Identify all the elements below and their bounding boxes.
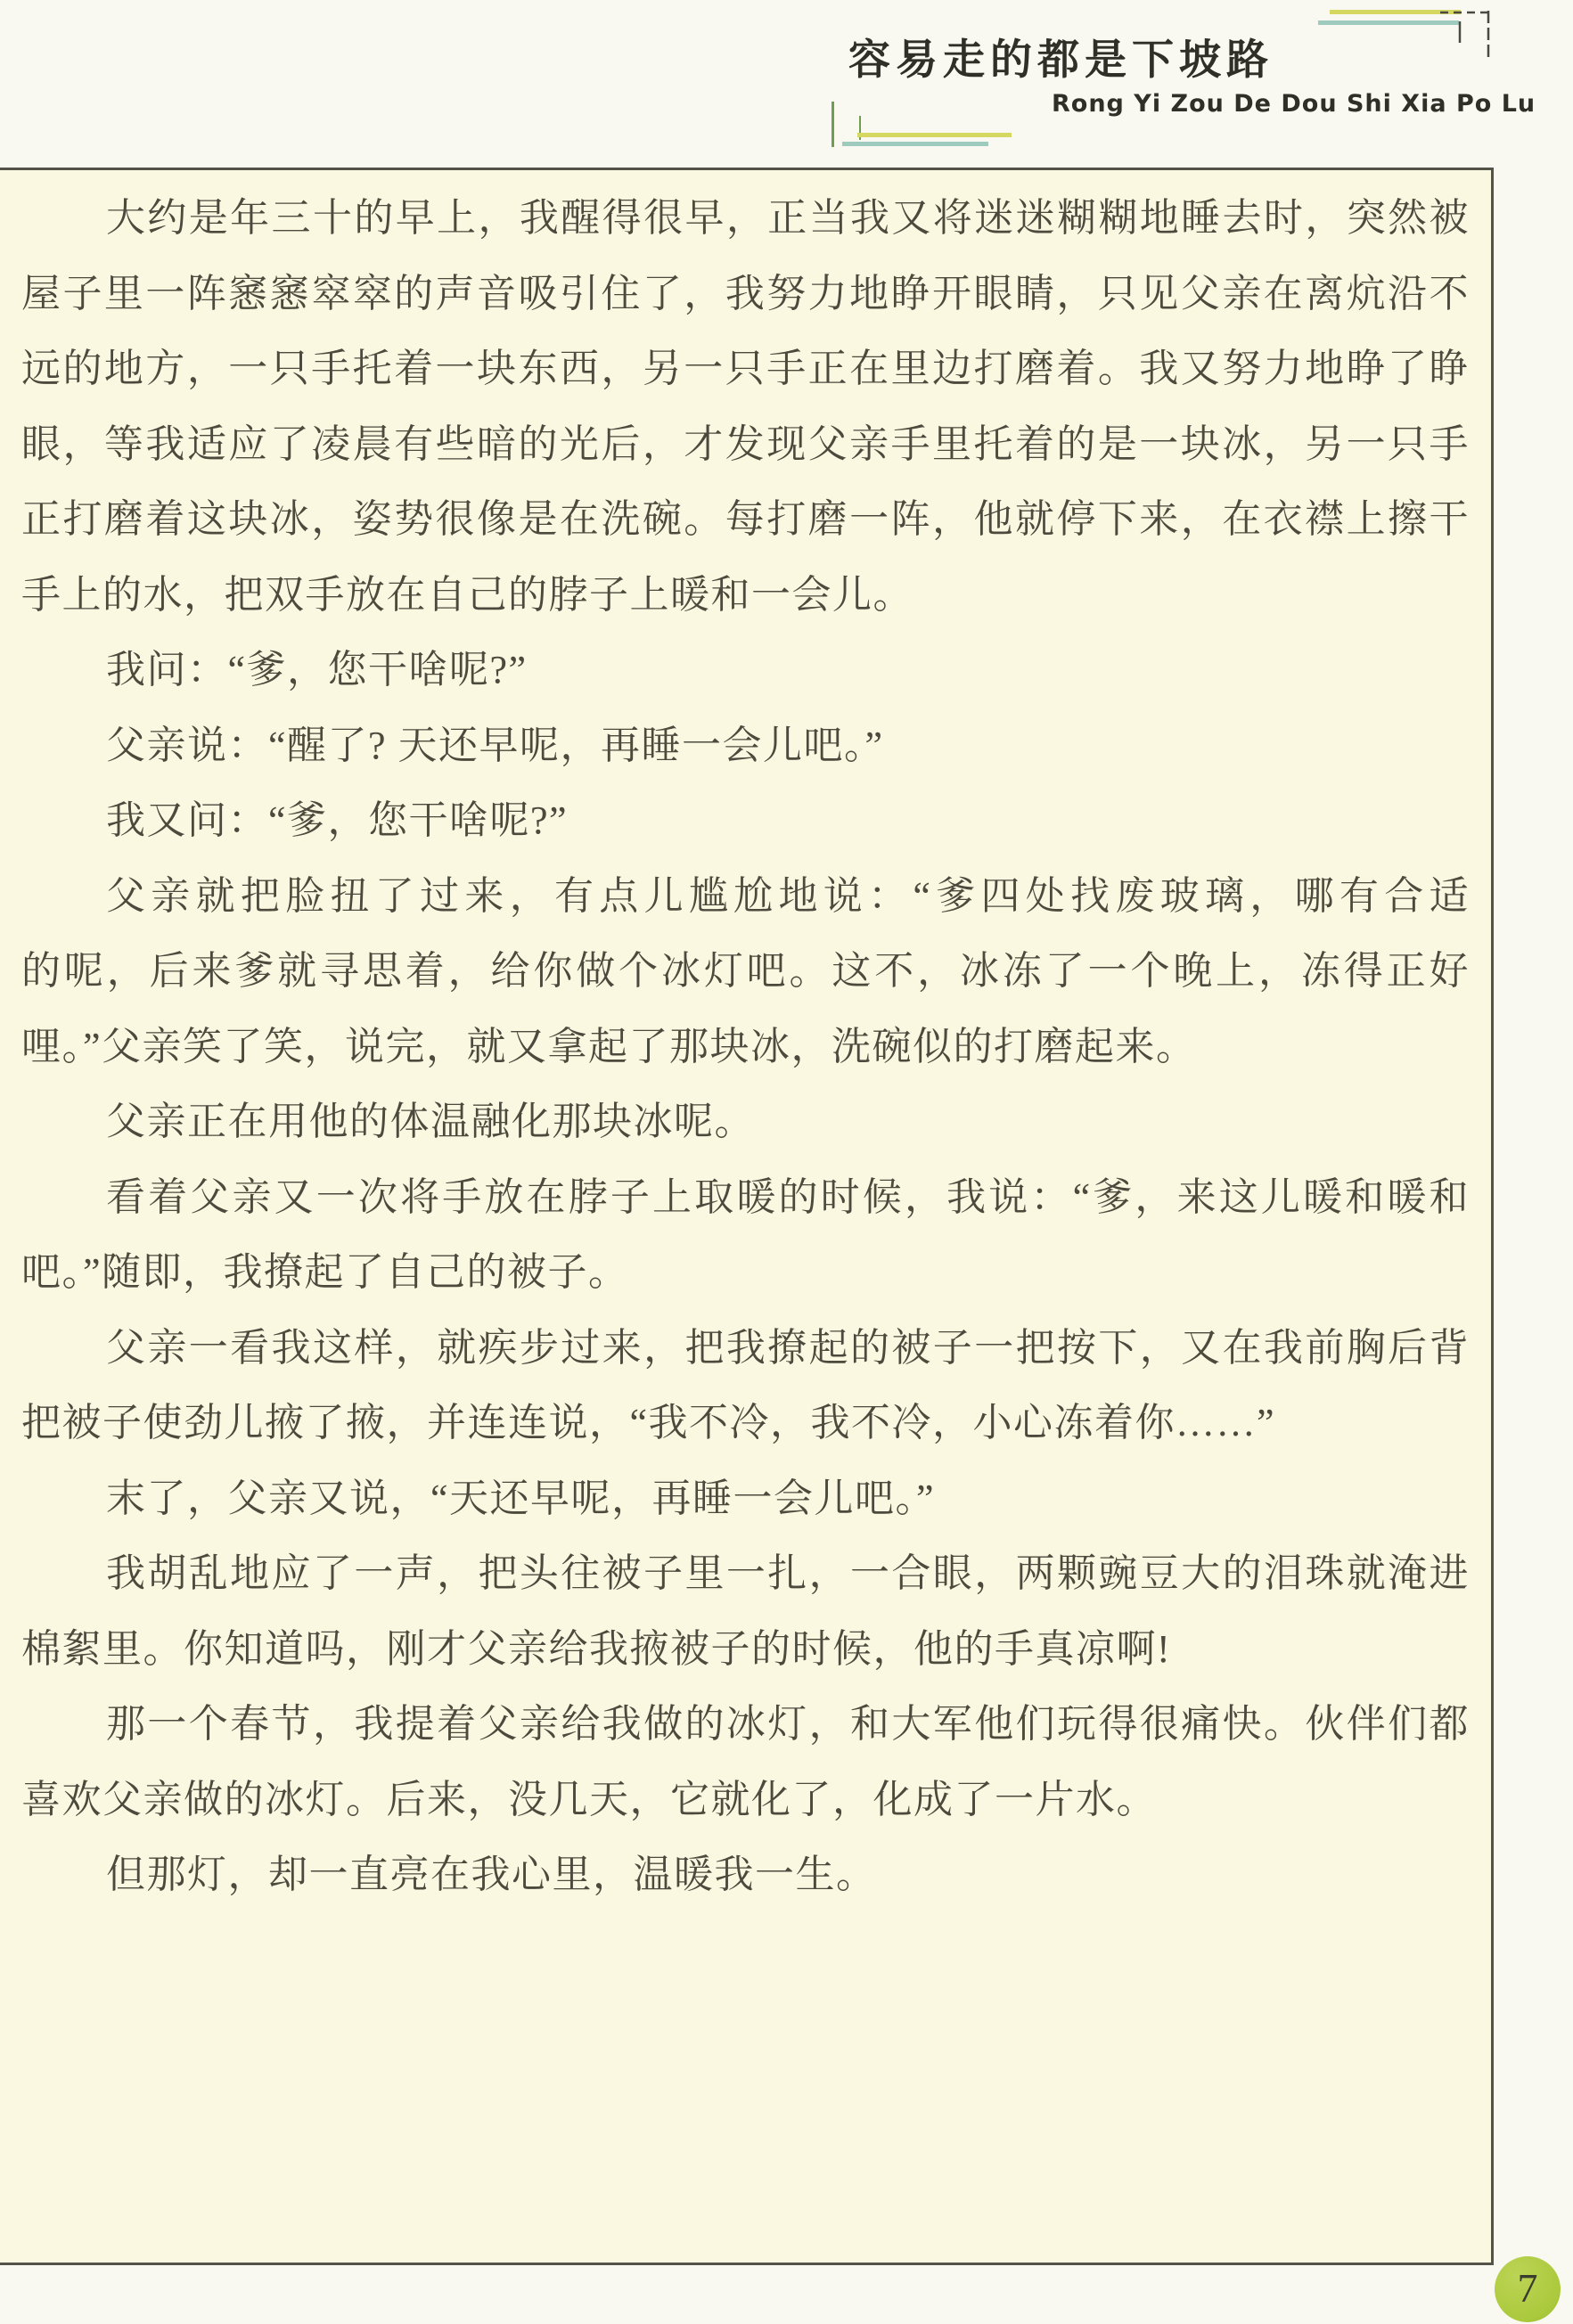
text-line: 远的地方，一只手托着一块东西，另一只手正在里边打磨着。我又努力地睁了睁 (21, 331, 1470, 407)
text-line: 那一个春节，我提着父亲给我做的冰灯，和大军他们玩得很痛快。伙伴们都 (21, 1687, 1470, 1763)
text-line: 末了，父亲又说，“天还早呢，再睡一会儿吧。” (21, 1461, 1470, 1537)
text-line: 哩。”父亲笑了笑，说完，就又拿起了那块冰，洗碗似的打磨起来。 (21, 1010, 1470, 1085)
text-line: 喜欢父亲做的冰灯。后来，没几天，它就化了，化成了一片水。 (21, 1763, 1470, 1838)
green-vertical-line-decoration (832, 102, 834, 147)
text-line: 大约是年三十的早上，我醒得很早，正当我又将迷迷糊糊地睡去时，突然被 (21, 181, 1470, 257)
text-line: 正打磨着这块冰，姿势很像是在洗碗。每打磨一阵，他就停下来，在衣襟上擦干 (21, 482, 1470, 558)
text-line: 我胡乱地应了一声，把头往被子里一扎，一合眼，两颗豌豆大的泪珠就淹进 (21, 1536, 1470, 1612)
text-line: 父亲正在用他的体温融化那块冰呢。 (21, 1084, 1470, 1160)
text-line: 父亲就把脸扭了过来，有点儿尴尬地说：“爹四处找废玻璃，哪有合适 (21, 859, 1470, 935)
text-line: 把被子使劲儿掖了掖，并连连说，“我不冷，我不冷，小心冻着你……” (21, 1386, 1470, 1461)
text-line: 手上的水，把双手放在自己的脖子上暖和一会儿。 (21, 558, 1470, 634)
page-number: 7 (1518, 2264, 1538, 2312)
text-line: 父亲一看我这样，就疾步过来，把我撩起的被子一把按下，又在我前胸后背 (21, 1311, 1470, 1387)
text-line: 我又问：“爹，您干啥呢?” (21, 783, 1470, 859)
page-title: 容易走的都是下坡路 (848, 27, 1274, 86)
text-line: 屋子里一阵窸窸窣窣的声音吸引住了，我努力地睁开眼睛，只见父亲在离炕沿不 (21, 257, 1470, 332)
story-text: 大约是年三十的早上，我醒得很早，正当我又将迷迷糊糊地睡去时，突然被 屋子里一阵窸… (21, 181, 1470, 1913)
text-line: 吧。”随即，我撩起了自己的被子。 (21, 1235, 1470, 1311)
yellow-line-decoration-subtitle (857, 133, 1012, 137)
text-line: 看着父亲又一次将手放在脖子上取暖的时候，我说：“爹，来这儿暖和暖和 (21, 1160, 1470, 1236)
corner-bracket-icon (1424, 2, 1495, 69)
text-line: 眼，等我适应了凌晨有些暗的光后，才发现父亲手里托着的是一块冰，另一只手 (21, 407, 1470, 483)
pinyin-subtitle: Rong Yi Zou De Dou Shi Xia Po Lu (1052, 90, 1462, 118)
teal-line-decoration-subtitle (842, 142, 988, 146)
page-number-badge: 7 (1495, 2256, 1561, 2322)
text-line: 但那灯，却一直亮在我心里，温暖我一生。 (21, 1837, 1470, 1913)
text-line: 棉絮里。你知道吗，刚才父亲给我掖被子的时候，他的手真凉啊! (21, 1612, 1470, 1688)
text-line: 的呢，后来爹就寻思着，给你做个冰灯吧。这不，冰冻了一个晚上，冻得正好 (21, 934, 1470, 1010)
text-line: 我问：“爹，您干啥呢?” (21, 633, 1470, 708)
book-page: 容易走的都是下坡路 Rong Yi Zou De Dou Shi Xia Po … (0, 0, 1573, 2324)
text-line: 父亲说：“醒了? 天还早呢，再睡一会儿吧。” (21, 708, 1470, 784)
